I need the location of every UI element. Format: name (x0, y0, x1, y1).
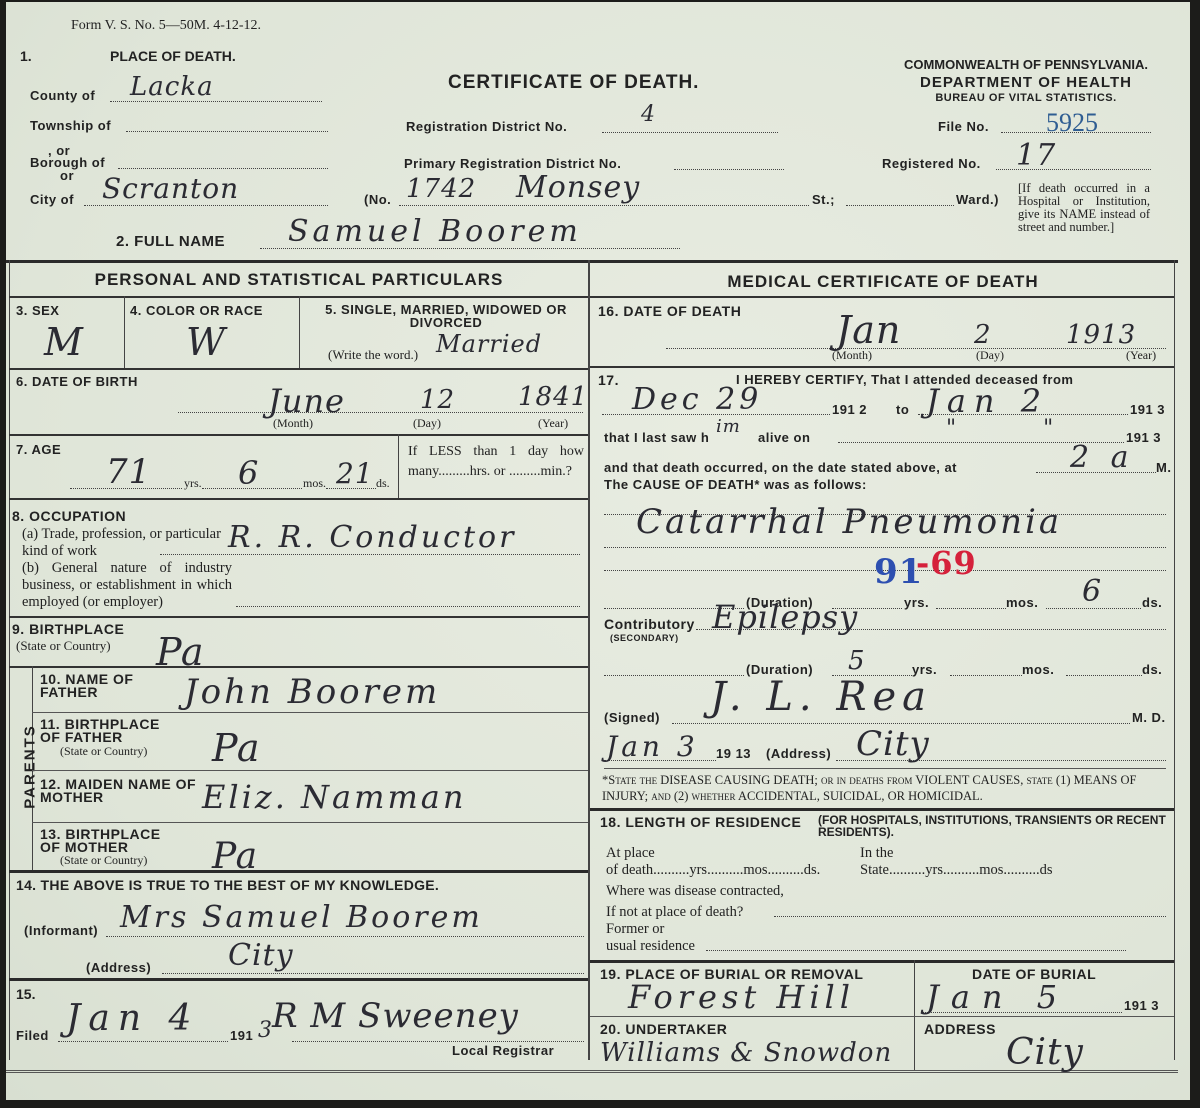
secondary-label: (SECONDARY) (610, 633, 679, 643)
duration-mos-label: mos. (1006, 595, 1038, 610)
divider-medical (590, 808, 1174, 811)
filed-label: Filed (16, 1028, 49, 1043)
mother-name-label: 12. MAIDEN NAME OF MOTHER (40, 778, 200, 804)
burial-date-value: Jan 5 (926, 978, 1069, 1016)
place-of-death-label: PLACE OF DEATH. (110, 48, 236, 64)
filed-date-value: Jan 4 (66, 998, 199, 1039)
dob-day-value: 12 (420, 385, 455, 415)
residence-in-state: State..........yrs..........mos.........… (860, 862, 1053, 879)
marital-label: 5. SINGLE, MARRIED, WIDOWED OR DIVORCED (306, 303, 586, 329)
to-label: to (896, 402, 909, 417)
former-label: Former or (606, 921, 664, 938)
cause-of-death-intro: The CAUSE OF DEATH* was as follows: (604, 477, 867, 492)
physician-signature: J. L. Rea (710, 674, 932, 720)
contrib-duration-mos-label: mos. (1022, 662, 1054, 677)
contributory-value: Epilepsy (712, 598, 858, 636)
authority-line2: DEPARTMENT OF HEALTH (876, 74, 1176, 91)
divider-occupation-row (9, 616, 588, 618)
undertaker-address-label: ADDRESS (924, 1021, 996, 1037)
in-the-label: In the (860, 845, 893, 862)
father-birthplace-hint: (State or Country) (60, 744, 147, 759)
informant-statement: 14. THE ABOVE IS TRUE TO THE BEST OF MY … (16, 877, 439, 893)
sex-value: M (44, 320, 84, 364)
township-line (126, 131, 328, 132)
undertaker-label: 20. UNDERTAKER (600, 1021, 727, 1037)
marital-value: Married (436, 330, 542, 358)
street-line (399, 205, 809, 206)
birthplace-hint: (State or Country) (16, 638, 111, 654)
column-divider (588, 260, 590, 1060)
age-ds-caption: ds. (376, 476, 390, 491)
divider-medical-title (590, 296, 1174, 298)
personal-section-title: PERSONAL AND STATISTICAL PARTICULARS (10, 270, 588, 290)
informant-address-label: (Address) (86, 960, 151, 975)
race-label: 4. COLOR OR RACE (130, 303, 263, 318)
informant-address-value: City (228, 938, 294, 973)
right-border (1174, 260, 1175, 1060)
dod-year-value: 1913 (1066, 320, 1136, 350)
last-saw-date: " " (946, 416, 1093, 441)
residence-hint: (FOR HOSPITALS, INSTITUTIONS, TRANSIENTS… (818, 814, 1168, 838)
registered-no-value: 17 (1016, 138, 1056, 173)
age-days-value: 21 (336, 457, 374, 490)
divider-age-less (398, 434, 399, 498)
age-label: 7. AGE (16, 442, 61, 457)
duration-mos-line (936, 608, 1006, 609)
signed-date-value: Jan 3 (606, 730, 699, 763)
dod-month-value: Jan (836, 308, 901, 352)
divider-father (32, 712, 588, 713)
marital-hint: (Write the word.) (328, 347, 418, 363)
full-name-value: Samuel Boorem (288, 214, 582, 249)
attended-to-year: 191 3 (1130, 402, 1165, 417)
duration-days-value: 6 (1082, 574, 1102, 609)
registration-district-label: Registration District No. (406, 119, 567, 134)
registered-no-label: Registered No. (882, 156, 981, 171)
father-name-value: John Boorem (184, 672, 440, 712)
death-occurred-text: and that death occurred, on the date sta… (604, 460, 957, 475)
city-line (84, 205, 328, 206)
death-certificate: Form V. S. No. 5—50M. 4-12-12. 1. PLACE … (6, 2, 1190, 1100)
dod-label: 16. DATE OF DEATH (598, 303, 741, 319)
form-number: Form V. S. No. 5—50M. 4-12-12. (71, 18, 261, 34)
ward-label: Ward.) (956, 192, 999, 207)
mother-birthplace-hint: (State or Country) (60, 853, 147, 868)
birthplace-label: 9. BIRTHPLACE (12, 621, 124, 637)
divider-birthplace-row (9, 666, 588, 668)
divider-parents (9, 870, 588, 873)
where-contracted-line (774, 916, 1166, 917)
divider-burial-date (914, 960, 915, 1070)
dob-line (178, 412, 583, 413)
divider-mother (32, 822, 588, 823)
cause-code-red: -69 (916, 544, 977, 582)
street-name-value: Monsey (516, 170, 640, 205)
physician-address-value: City (856, 724, 930, 764)
page-title: CERTIFICATE OF DEATH. (448, 72, 699, 94)
contrib-duration-ds-line (1066, 675, 1142, 676)
divider-header (6, 260, 1178, 263)
filed-year-prefix: 191 (230, 1028, 253, 1043)
duration-yrs-label: yrs. (904, 595, 929, 610)
county-value: Lacka (130, 72, 214, 102)
divider-sex-row (9, 368, 588, 370)
sex-label: 3. SEX (16, 303, 59, 318)
cause-of-death-value: Catarrhal Pneumonia (636, 502, 1062, 542)
parents-label: PARENTS (22, 717, 39, 817)
usual-residence-label: usual residence (606, 938, 695, 955)
street-no-label: (No. (364, 192, 391, 207)
informant-line (106, 936, 584, 937)
death-time-value: 2 a (1070, 440, 1135, 475)
divider-dob-row (9, 434, 588, 436)
father-birthplace-label: 11. BIRTHPLACE OF FATHER (40, 718, 180, 744)
divider-burial (590, 1016, 1174, 1017)
dob-year-value: 1841 (518, 382, 588, 412)
mother-birthplace-label: 13. BIRTHPLACE OF MOTHER (40, 828, 180, 854)
filed-date-line (58, 1041, 228, 1042)
section-1-number: 1. (20, 48, 32, 64)
registration-district-line (602, 132, 778, 133)
alive-on-label: alive on (758, 430, 810, 445)
hospital-note: [If death occurred in a Hospital or Inst… (1018, 182, 1150, 234)
ward-line (846, 205, 954, 206)
filing-number: 15. (16, 986, 35, 1002)
burial-place-value: Forest Hill (628, 978, 855, 1016)
signed-label: (Signed) (604, 710, 660, 725)
primary-registration-line (674, 169, 784, 170)
mother-name-value: Eliz. Namman (202, 778, 466, 816)
divider-footnote (604, 768, 1166, 769)
dod-year-caption: (Year) (1126, 348, 1156, 363)
left-border (9, 260, 10, 1060)
full-name-label: 2. FULL NAME (116, 233, 225, 250)
race-value: W (186, 320, 226, 364)
divider-informant (9, 978, 588, 981)
street-suffix-label: St.; (812, 192, 835, 207)
dob-label: 6. DATE OF BIRTH (16, 374, 138, 389)
less-than-day-note: If LESS than 1 day how many.........hrs.… (408, 442, 584, 482)
dob-month-caption: (Month) (273, 416, 313, 431)
last-saw-label: that I last saw h (604, 430, 709, 445)
registrar-label: Local Registrar (452, 1043, 554, 1058)
city-value: Scranton (102, 172, 239, 205)
borough-line (118, 168, 328, 169)
age-months-value: 6 (238, 454, 259, 492)
occupation-label: 8. OCCUPATION (12, 508, 126, 524)
last-saw-pronoun: im (716, 416, 741, 437)
cause-line-2 (604, 547, 1166, 548)
meridiem-label: M. (1156, 460, 1171, 475)
informant-label: (Informant) (24, 923, 98, 938)
dob-day-caption: (Day) (413, 416, 441, 431)
md-label: M. D. (1132, 710, 1166, 725)
usual-residence-line (706, 950, 1126, 951)
if-not-label: If not at place of death? (606, 904, 743, 921)
registration-district-value: 4 (641, 102, 656, 127)
signed-year-value: 19 13 (716, 746, 751, 761)
informant-value: Mrs Samuel Boorem (120, 900, 483, 935)
dod-day-value: 2 (974, 320, 992, 350)
age-yrs-caption: yrs. (184, 476, 202, 491)
file-no-label: File No. (938, 119, 989, 134)
registrar-line (292, 1041, 584, 1042)
occupation-b-line (236, 606, 580, 607)
primary-registration-label: Primary Registration District No. (404, 156, 621, 171)
undertaker-address-value: City (1006, 1032, 1084, 1073)
authority-line3: BUREAU OF VITAL STATISTICS. (876, 92, 1176, 104)
age-years-value: 71 (106, 452, 151, 492)
contrib-duration-ds-label: ds. (1142, 662, 1162, 677)
contributory-label: Contributory (604, 616, 695, 632)
attended-to-value: Jan 2 (926, 382, 1049, 420)
age-mos-caption: mos. (303, 476, 326, 491)
street-no-value: 1742 (406, 174, 476, 204)
divider-bottom (6, 1070, 1178, 1073)
medical-section-title: MEDICAL CERTIFICATE OF DEATH (592, 272, 1174, 292)
authority-line1: COMMONWEALTH OF PENNSYLVANIA. (876, 57, 1176, 72)
residence-place-of-death: of death..........yrs..........mos......… (606, 862, 820, 879)
informant-address-line (162, 973, 584, 974)
attended-from-value: Dec 29 (632, 382, 762, 417)
contrib-duration-mos-line (950, 675, 1022, 676)
undertaker-value: Williams & Snowdon (600, 1038, 892, 1068)
dod-day-caption: (Day) (976, 348, 1004, 363)
certify-number: 17. (598, 372, 619, 388)
occupation-value: R. R. Conductor (228, 520, 516, 555)
divider-sex-race (124, 296, 125, 368)
file-no-value: 5925 (1046, 108, 1098, 138)
county-label: County of (30, 88, 95, 103)
father-birthplace-value: Pa (212, 726, 261, 770)
where-contracted-label: Where was disease contracted, (606, 883, 784, 900)
duration-ds-label: ds. (1142, 595, 1162, 610)
divider-father-birthplace (32, 770, 588, 771)
residence-label: 18. LENGTH OF RESIDENCE (600, 814, 801, 830)
dob-year-caption: (Year) (538, 416, 568, 431)
father-name-label: 10. NAME OF FATHER (40, 673, 170, 699)
at-place-label: At place (606, 845, 655, 862)
divider-age-row (9, 498, 588, 500)
city-label: City of (30, 192, 74, 207)
township-label: Township of (30, 118, 111, 133)
attended-from-year: 191 2 (832, 402, 867, 417)
dob-month-value: June (268, 382, 345, 420)
physician-address-label: (Address) (766, 746, 831, 761)
or-label-2: or (60, 168, 74, 183)
burial-year-value: 191 3 (1124, 998, 1159, 1013)
divider-dod (590, 366, 1174, 368)
registrar-signature: R M Sweeney (272, 996, 519, 1036)
divider-race-marital (299, 296, 300, 368)
contrib-duration-yrs-value: 5 (848, 646, 866, 676)
cause-footnote: *State the DISEASE CAUSING DEATH; or in … (602, 772, 1168, 804)
filed-year-suffix: 3 (258, 1018, 273, 1043)
dod-month-caption: (Month) (832, 348, 872, 363)
divider-residence (590, 960, 1174, 963)
occupation-b-label: (b) General nature of industry business,… (22, 560, 232, 611)
